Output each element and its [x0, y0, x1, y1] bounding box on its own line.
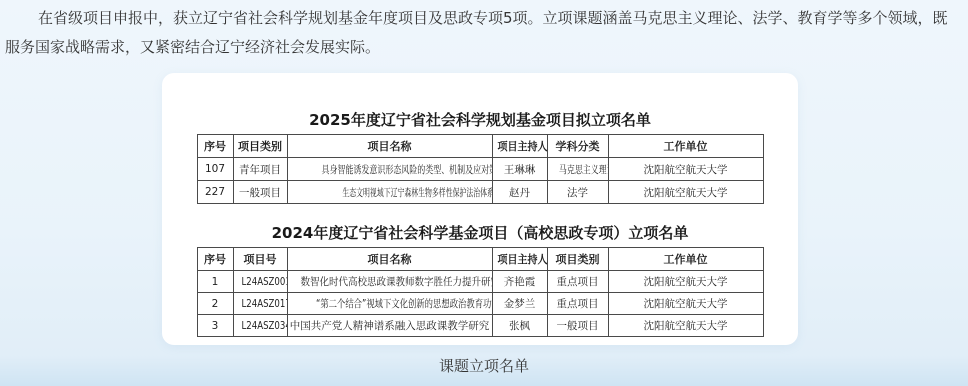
column-header: 工作单位: [608, 135, 763, 158]
column-header: 学科分类: [547, 135, 608, 158]
column-header: 项目名称: [287, 248, 492, 271]
column-header: 序号: [197, 135, 233, 158]
table-cell: 具身智能诱发意识形态风险的类型、机制及应对策略研究: [287, 158, 492, 181]
table-header-row: 序号项目号项目名称项目主持人项目类别工作单位: [197, 248, 763, 271]
table-cell: 一般项目: [547, 315, 608, 337]
column-header: 项目类别: [233, 135, 287, 158]
column-header: 工作单位: [608, 248, 763, 271]
table-cell: 2: [197, 293, 233, 315]
table-header-row: 序号项目类别项目名称项目主持人学科分类工作单位: [197, 135, 763, 158]
table-cell: 沈阳航空航天大学: [608, 315, 763, 337]
table-cell: 沈阳航空航天大学: [608, 181, 763, 204]
table-cell: 中国共产党人精神谱系融入思政课教学研究: [287, 315, 492, 337]
table-cell: “第二个结合”视域下文化创新的思想政治教育功能研究: [287, 293, 492, 315]
table-cell: 马克思主义理论: [547, 158, 608, 181]
table-cell: 沈阳航空航天大学: [608, 158, 763, 181]
table-cell: 227: [197, 181, 233, 204]
column-header: 项目类别: [547, 248, 608, 271]
approval-table-2025: 序号项目类别项目名称项目主持人学科分类工作单位 107青年项目具身智能诱发意识形…: [197, 134, 764, 204]
table-cell: 重点项目: [547, 293, 608, 315]
table-cell: 3: [197, 315, 233, 337]
table-cell: L24ASZ001: [233, 271, 287, 293]
table-title-2024: 2024年度辽宁省社会科学基金项目（高校思政专项）立项名单: [162, 224, 798, 242]
table-cell: 王琳琳: [492, 158, 547, 181]
caption: 课题立项名单: [0, 355, 968, 376]
table-row: 2L24ASZ017“第二个结合”视域下文化创新的思想政治教育功能研究金梦兰重点…: [197, 293, 763, 315]
table-cell: 重点项目: [547, 271, 608, 293]
table-cell: 赵丹: [492, 181, 547, 204]
column-header: 项目号: [233, 248, 287, 271]
table-cell: 1: [197, 271, 233, 293]
table-cell: L24ASZ034: [233, 315, 287, 337]
column-header: 序号: [197, 248, 233, 271]
column-header: 项目名称: [287, 135, 492, 158]
table-cell: 沈阳航空航天大学: [608, 293, 763, 315]
table-cell: L24ASZ017: [233, 293, 287, 315]
table-cell: 金梦兰: [492, 293, 547, 315]
table-row: 107青年项目具身智能诱发意识形态风险的类型、机制及应对策略研究王琳琳马克思主义…: [197, 158, 763, 181]
table-cell: 法学: [547, 181, 608, 204]
column-header: 项目主持人: [492, 135, 547, 158]
table-cell: 107: [197, 158, 233, 181]
table-cell: 数智化时代高校思政课教师数字胜任力提升研究: [287, 271, 492, 293]
table-row: 1L24ASZ001数智化时代高校思政课教师数字胜任力提升研究齐艳霞重点项目沈阳…: [197, 271, 763, 293]
table-row: 3L24ASZ034中国共产党人精神谱系融入思政课教学研究张枫一般项目沈阳航空航…: [197, 315, 763, 337]
table-cell: 青年项目: [233, 158, 287, 181]
intro-paragraph: 在省级项目申报中，获立辽宁省社会科学规划基金年度项目及思政专项5项。立项课题涵盖…: [5, 4, 959, 62]
column-header: 项目主持人: [492, 248, 547, 271]
table-row: 227一般项目生态文明视域下辽宁森林生物多样性保护法治体系的范式转型研究赵丹法学…: [197, 181, 763, 204]
approval-table-2024: 序号项目号项目名称项目主持人项目类别工作单位 1L24ASZ001数智化时代高校…: [197, 247, 764, 337]
table-cell: 生态文明视域下辽宁森林生物多样性保护法治体系的范式转型研究: [287, 181, 492, 204]
table-cell: 张枫: [492, 315, 547, 337]
project-list-card: 2025年度辽宁省社会科学规划基金项目拟立项名单 序号项目类别项目名称项目主持人…: [162, 73, 798, 345]
table-cell: 齐艳霞: [492, 271, 547, 293]
table-cell: 沈阳航空航天大学: [608, 271, 763, 293]
table-cell: 一般项目: [233, 181, 287, 204]
table-title-2025: 2025年度辽宁省社会科学规划基金项目拟立项名单: [162, 73, 798, 129]
